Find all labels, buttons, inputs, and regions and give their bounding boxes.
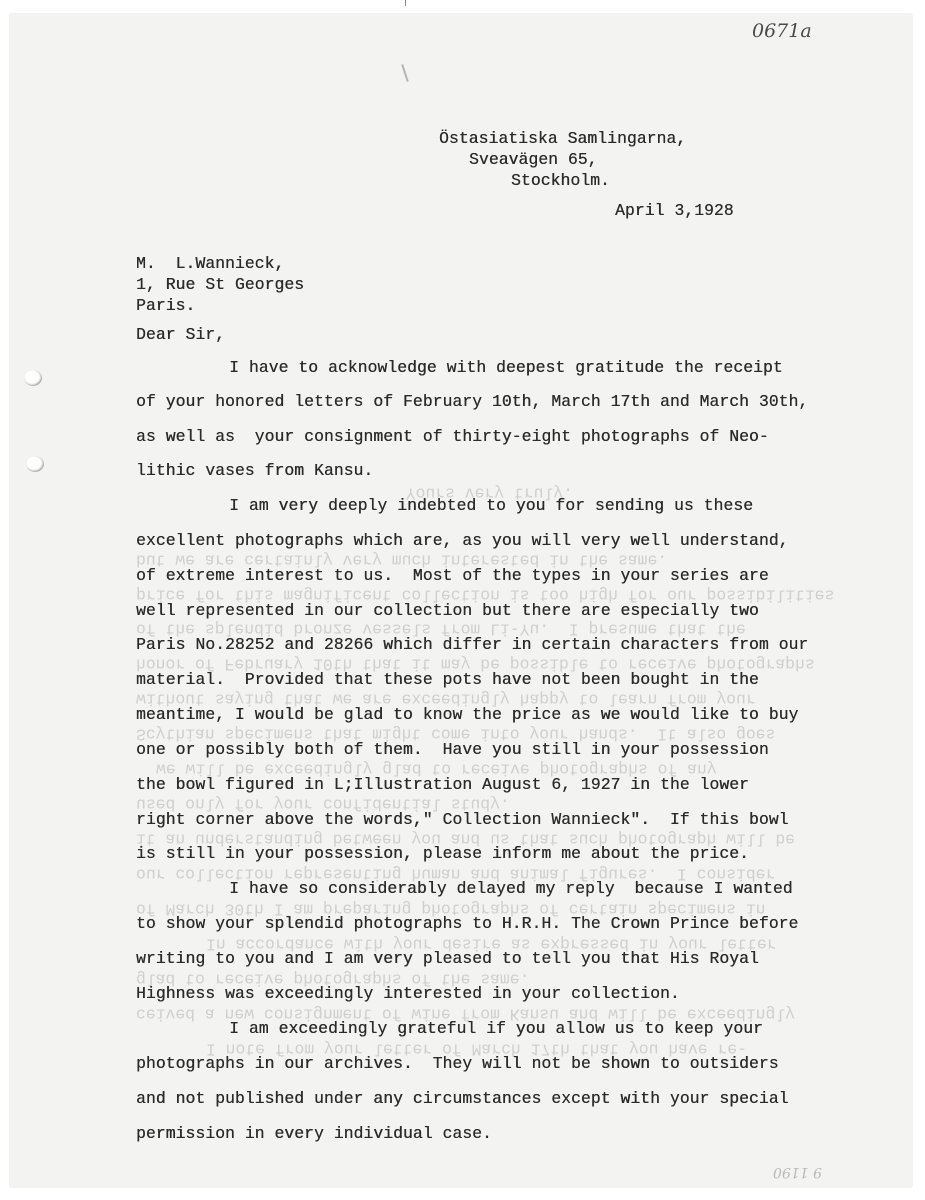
bleed-through-line: used only for your confidential study. bbox=[136, 795, 510, 811]
archive-number: 0671a bbox=[752, 20, 812, 42]
body-line: I am very deeply indebted to you for sen… bbox=[150, 498, 753, 514]
bleed-through-line: without saying that we are exceedingly h… bbox=[136, 690, 756, 706]
body-line: Highness was exceedingly interested in y… bbox=[136, 986, 680, 1002]
sender-institution: Östasiatiska Samlingarna, bbox=[439, 131, 686, 147]
body-line: and not published under any circumstance… bbox=[136, 1091, 788, 1107]
recipient-city: Paris. bbox=[136, 298, 195, 314]
salutation: Dear Sir, bbox=[136, 327, 225, 343]
body-line: writing to you and I am very pleased to … bbox=[136, 951, 759, 967]
recipient-street: 1, Rue St Georges bbox=[136, 277, 304, 293]
body-line: is still in your possession, please info… bbox=[136, 846, 749, 862]
punch-hole-lower bbox=[26, 456, 44, 472]
body-line: I have so considerably delayed my reply … bbox=[150, 881, 793, 897]
recipient-name: M. L.Wannieck, bbox=[136, 256, 284, 272]
body-line: material. Provided that these pots have … bbox=[136, 672, 759, 688]
body-line: one or possibly both of them. Have you s… bbox=[136, 742, 769, 758]
body-line: to show your splendid photographs to H.R… bbox=[136, 916, 798, 932]
sender-street: Sveavägen 65, bbox=[469, 152, 598, 168]
body-line: the bowl figured in L;Illustration Augus… bbox=[136, 777, 749, 793]
scan-edge-mark bbox=[405, 0, 406, 6]
body-line: of extreme interest to us. Most of the t… bbox=[136, 568, 769, 584]
bleed-through-line: Scythian specimens that might come into … bbox=[136, 725, 775, 741]
letter-date: April 3,1928 bbox=[615, 203, 734, 219]
body-line: Paris No.28252 and 28266 which differ in… bbox=[136, 637, 808, 653]
bleed-through-line: price for this magnificent collection is… bbox=[136, 586, 834, 602]
body-line: I am exceedingly grateful if you allow u… bbox=[150, 1021, 763, 1037]
archive-stamp-bottom: 9 1190 bbox=[773, 1164, 822, 1180]
body-line: meantime, I would be glad to know the pr… bbox=[136, 707, 798, 723]
body-line: I have to acknowledge with deepest grati… bbox=[150, 360, 783, 376]
body-line: of your honored letters of February 10th… bbox=[136, 394, 808, 410]
body-line: as well as your consignment of thirty-ei… bbox=[136, 429, 769, 445]
body-line: photographs in our archives. They will n… bbox=[136, 1056, 779, 1072]
body-line: permission in every individual case. bbox=[136, 1126, 492, 1142]
body-line: right corner above the words," Collectio… bbox=[136, 812, 788, 828]
punch-hole-upper bbox=[24, 370, 42, 386]
bleed-through-line: but we are certainly very much intereste… bbox=[136, 551, 667, 567]
body-line: lithic vases from Kansu. bbox=[136, 463, 373, 479]
body-line: excellent photographs which are, as you … bbox=[136, 533, 788, 549]
bleed-through-line: of the splendid bronze vessels from Li-Y… bbox=[136, 620, 746, 636]
body-line: well represented in our collection but t… bbox=[136, 603, 759, 619]
sender-city: Stockholm. bbox=[511, 173, 610, 189]
bleed-through-line: we will be exceedingly glad to receive p… bbox=[156, 760, 717, 776]
bleed-through-line: honor of February 10th that it may be po… bbox=[136, 655, 815, 671]
